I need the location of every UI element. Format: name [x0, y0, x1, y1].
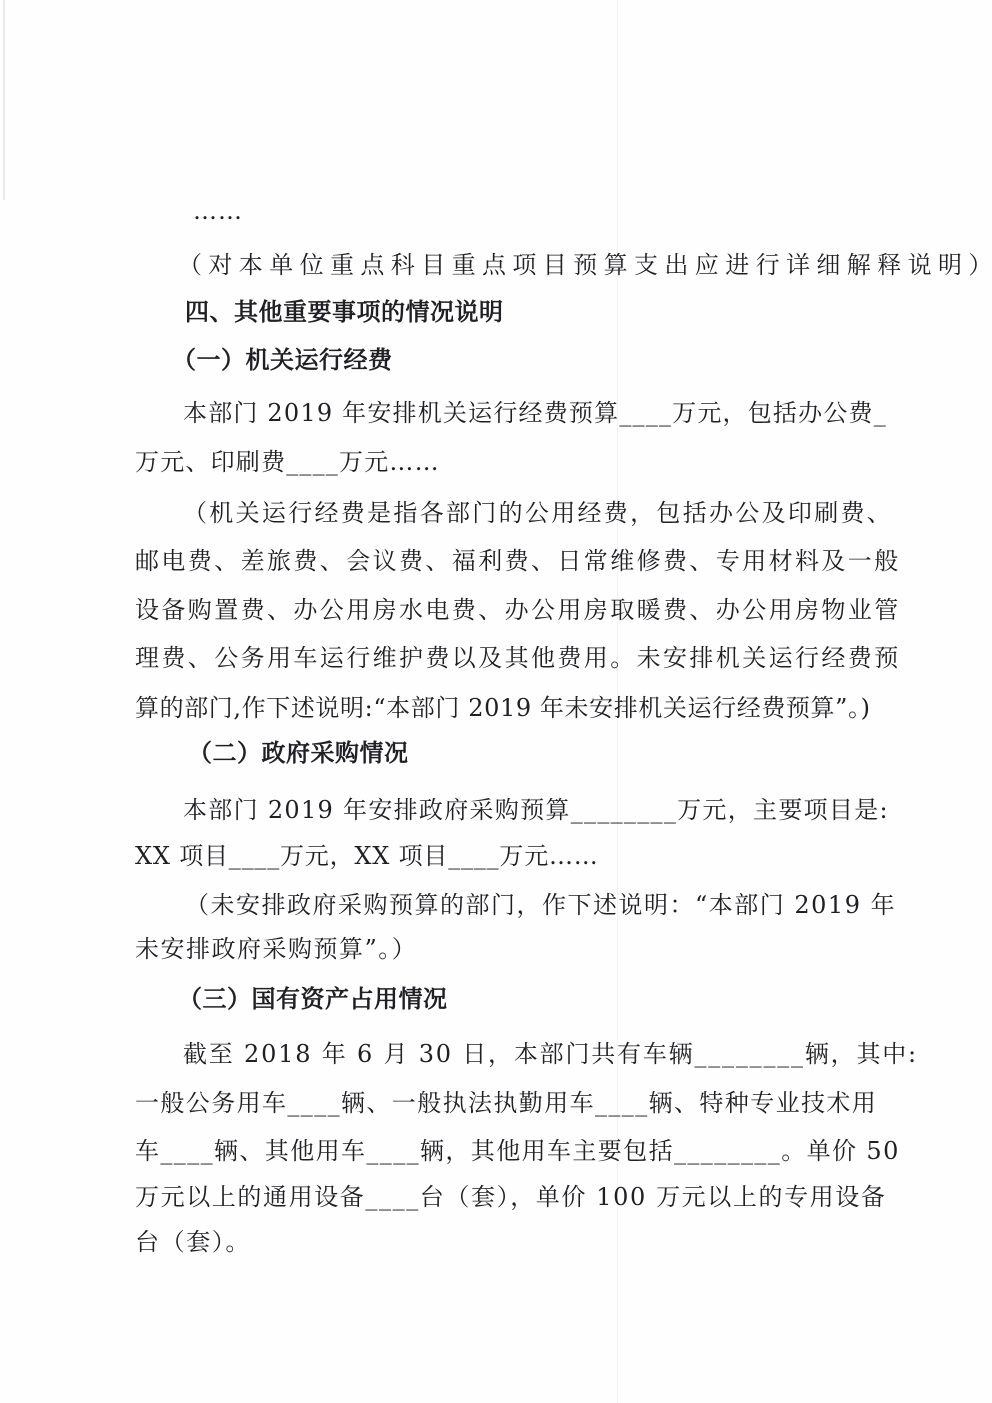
paragraph-line: 未安排政府采购预算”。） [135, 934, 417, 964]
paragraph-line: 万元、印刷费____万元…… [135, 447, 440, 477]
note-key-items: （对本单位重点科目重点项目预算支出应进行详细解释说明） [178, 250, 992, 280]
paragraph-line: XX 项目____万元，XX 项目____万元…… [135, 841, 599, 871]
subsection-title-2: （二）政府采购情况 [188, 738, 409, 768]
document-page: …… （对本单位重点科目重点项目预算支出应进行详细解释说明） 四、其他重要事项的… [0, 0, 992, 1403]
paragraph-line: 万元以上的通用设备____台（套），单价 100 万元以上的专用设备 [135, 1182, 886, 1212]
paragraph-line: 一般公务用车____辆、一般执法执勤用车____辆、特种专业技术用 [135, 1088, 877, 1118]
paragraph-line: 本部门 2019 年安排政府采购预算________万元，主要项目是: [183, 795, 889, 825]
paragraph-line: （未安排政府采购预算的部门，作下述说明：“本部门 2019 年 [185, 890, 896, 920]
paragraph-line: 算的部门,作下述说明:“本部门 2019 年未安排机关运行经费预算”。) [135, 693, 871, 723]
paragraph-line: 车____辆、其他用车____辆，其他用车主要包括________。单价 50 [135, 1136, 900, 1166]
paragraph-line: 截至 2018 年 6 月 30 日，本部门共有车辆________辆，其中: [183, 1039, 918, 1069]
paragraph-line: 台（套）。 [135, 1227, 251, 1257]
section-title: 四、其他重要事项的情况说明 [185, 297, 504, 327]
scan-edge [3, 0, 5, 200]
paragraph-line: （机关运行经费是指各部门的公用经费，包括办公及印刷费、 [183, 498, 893, 528]
paragraph-line: 理费、公务用车运行维护费以及其他费用。未安排机关运行经费预 [135, 643, 901, 673]
subsection-title-1: （一）机关运行经费 [172, 345, 393, 375]
paragraph-line: 设备购置费、办公用房水电费、办公用房取暖费、办公用房物业管 [135, 595, 901, 625]
paragraph-line: 本部门 2019 年安排机关运行经费预算____万元，包括办公费_ [183, 398, 887, 428]
paragraph-line: 邮电费、差旅费、会议费、福利费、日常维修费、专用材料及一般 [135, 546, 901, 576]
subsection-title-3: （三）国有资产占用情况 [178, 984, 448, 1014]
ellipsis: …… [193, 196, 243, 226]
